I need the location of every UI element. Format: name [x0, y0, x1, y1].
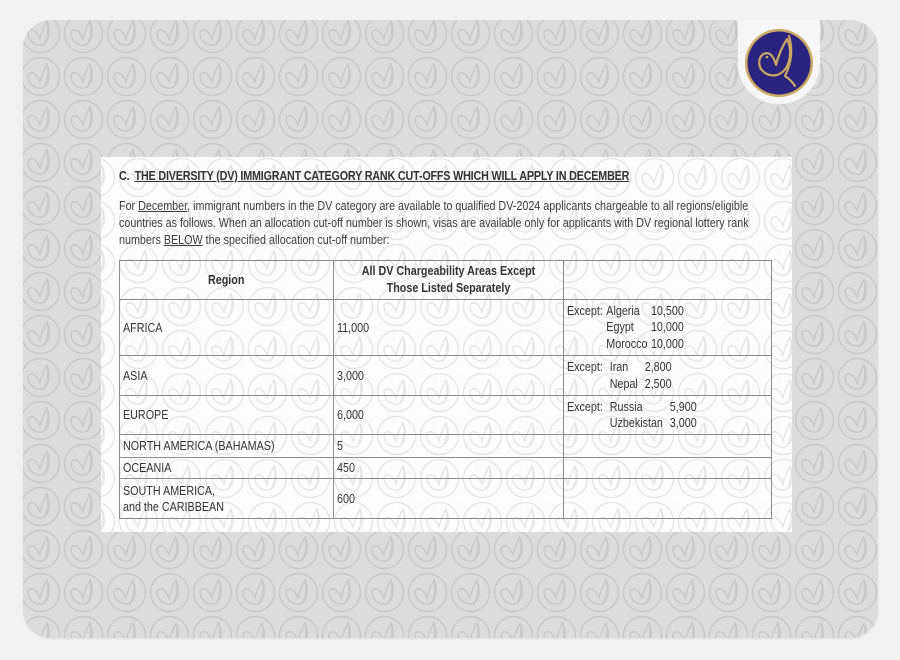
exceptions-cell	[564, 479, 772, 519]
cutoff-cell: 3,000	[334, 356, 564, 396]
section-title: THE DIVERSITY (DV) IMMIGRANT CATEGORY RA…	[135, 169, 630, 183]
document-excerpt: C.THE DIVERSITY (DV) IMMIGRANT CATEGORY …	[101, 157, 792, 532]
table-row: NORTH AMERICA (BAHAMAS) 5	[120, 435, 772, 458]
header-all-areas: All DV Chargeability Areas Except Those …	[334, 261, 564, 300]
exceptions-cell	[564, 458, 772, 479]
table-row: EUROPE 6,000 Except:Russia5,900 Uzbekist…	[120, 396, 772, 435]
region-cell: EUROPE	[120, 396, 334, 435]
region-cell: ASIA	[120, 356, 334, 396]
exceptions-cell: Except:Russia5,900 Uzbekistan3,000	[564, 396, 772, 435]
cutoff-cell: 6,000	[334, 396, 564, 435]
december-link[interactable]: December	[138, 199, 187, 213]
region-cell: AFRICA	[120, 300, 334, 356]
exceptions-cell	[564, 435, 772, 458]
table-row: ASIA 3,000 Except:Iran2,800 Nepal2,500	[120, 356, 772, 396]
exceptions-cell: Except:Algeria10,500 Egypt10,000 Morocco…	[564, 300, 772, 356]
below-emphasis: BELOW	[164, 233, 203, 247]
region-cell: OCEANIA	[120, 458, 334, 479]
header-exceptions	[564, 261, 772, 300]
section-letter: C.	[119, 169, 129, 183]
region-cell: NORTH AMERICA (BAHAMAS)	[120, 435, 334, 458]
cutoff-cell: 600	[334, 479, 564, 519]
cutoff-cell: 450	[334, 458, 564, 479]
table-row: OCEANIA 450	[120, 458, 772, 479]
table-row: SOUTH AMERICA, and the CARIBBEAN 600	[120, 479, 772, 519]
section-heading: C.THE DIVERSITY (DV) IMMIGRANT CATEGORY …	[119, 169, 629, 183]
exceptions-cell: Except:Iran2,800 Nepal2,500	[564, 356, 772, 396]
paragraph-text: the specified allocation cut-off number:	[203, 233, 390, 247]
cutoff-cell: 11,000	[334, 300, 564, 356]
dv-cutoff-table: Region All DV Chargeability Areas Except…	[119, 260, 772, 519]
paragraph-text: For	[119, 199, 138, 213]
table-header-row: Region All DV Chargeability Areas Except…	[120, 261, 772, 300]
table-row: AFRICA 11,000 Except:Algeria10,500 Egypt…	[120, 300, 772, 356]
dove-in-circle-logo-icon	[743, 27, 815, 99]
intro-paragraph: For December, immigrant numbers in the D…	[119, 198, 764, 249]
header-region: Region	[120, 261, 334, 300]
cutoff-cell: 5	[334, 435, 564, 458]
region-cell: SOUTH AMERICA, and the CARIBBEAN	[120, 479, 334, 519]
